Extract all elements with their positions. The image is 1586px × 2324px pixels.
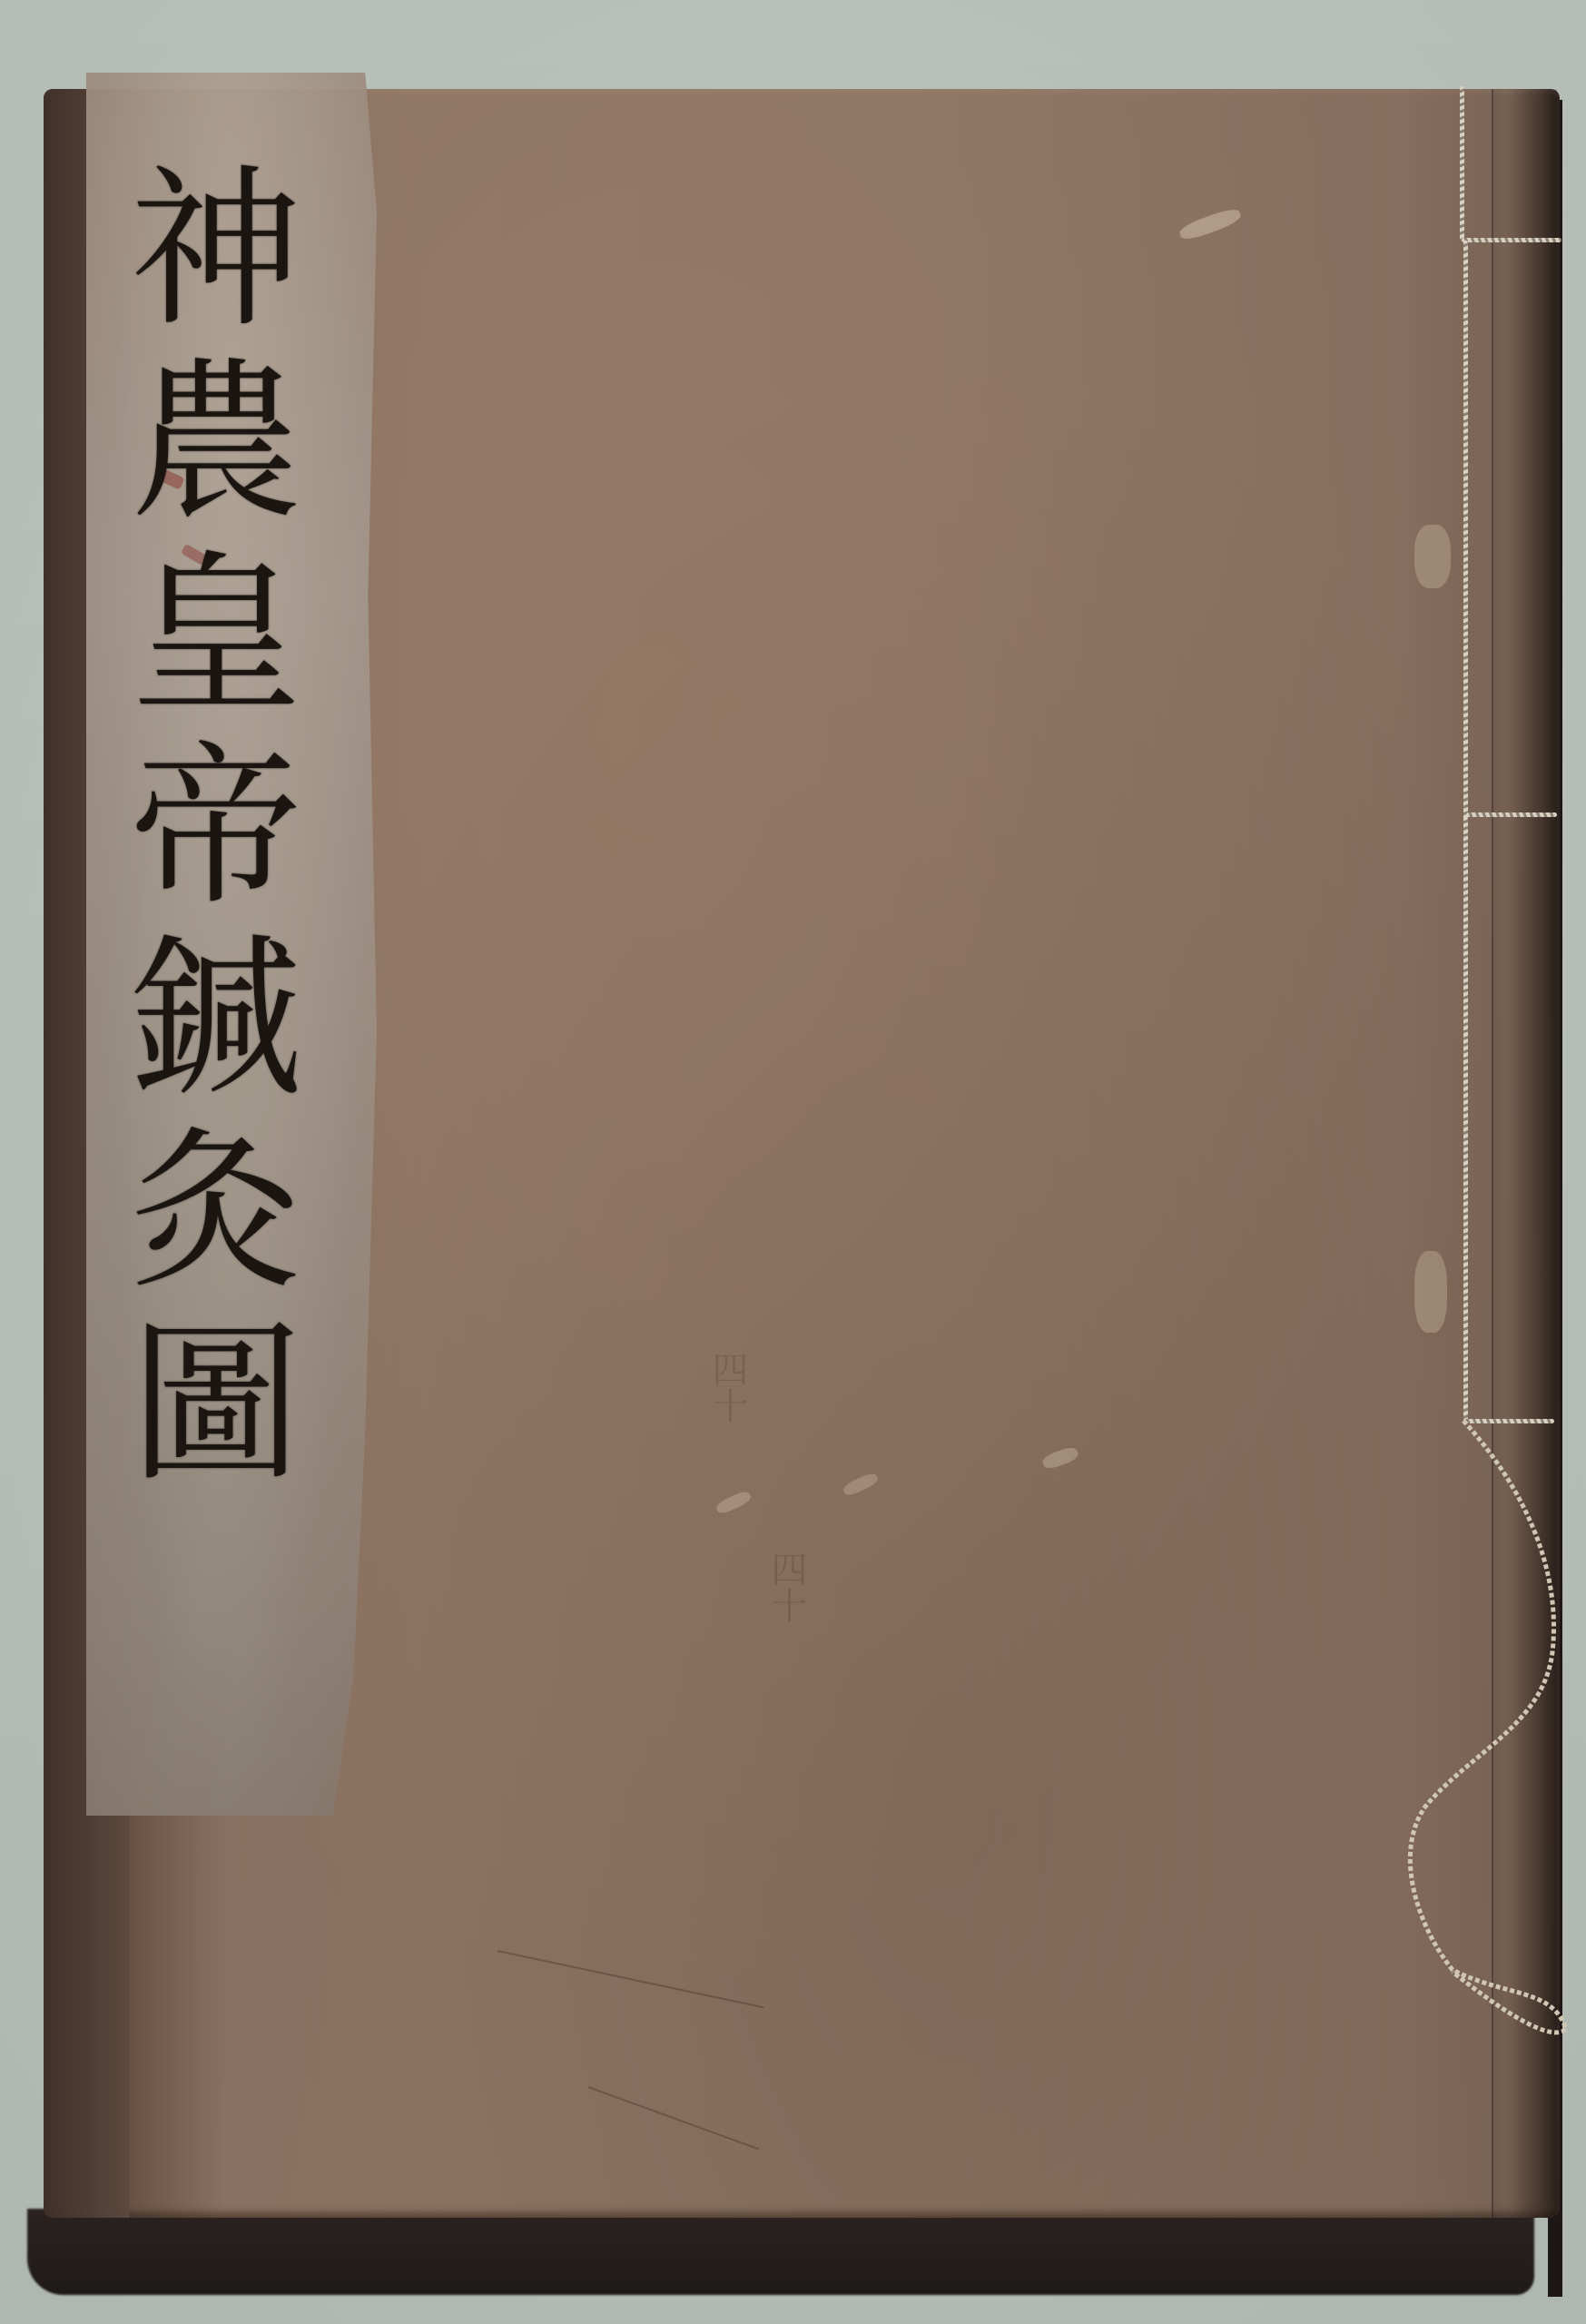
- binding-thread: [1463, 817, 1468, 1421]
- wear-mark: [1177, 206, 1243, 243]
- wear-mark: [1414, 525, 1451, 588]
- title-char: 帝: [130, 732, 302, 924]
- title-char: 圖: [130, 1309, 302, 1502]
- wear-mark: [1040, 1445, 1079, 1472]
- binding-thread: [1466, 812, 1557, 817]
- crease: [588, 2086, 760, 2150]
- book-bottom-edge-shadow: [27, 2209, 1534, 2295]
- ghost-mark: 四十: [761, 1551, 813, 1623]
- title-char: 神: [130, 154, 302, 347]
- title-char: 農: [130, 347, 302, 539]
- title-char: 皇: [130, 539, 302, 732]
- binding-thread: [1462, 238, 1561, 242]
- wear-mark: [714, 1489, 753, 1516]
- crease: [497, 1950, 764, 2008]
- title-char: 灸: [130, 1117, 302, 1309]
- book-title: 神 農 皇 帝 鍼 灸 圖: [107, 154, 325, 1502]
- wear-mark: [842, 1471, 880, 1498]
- title-char: 鍼: [130, 924, 302, 1117]
- wear-mark: [1414, 1251, 1447, 1333]
- binding-thread: [1463, 241, 1468, 858]
- ghost-mark: 四十: [702, 1351, 754, 1423]
- loose-thread: [1398, 1416, 1580, 2124]
- binding-thread: [1460, 86, 1464, 241]
